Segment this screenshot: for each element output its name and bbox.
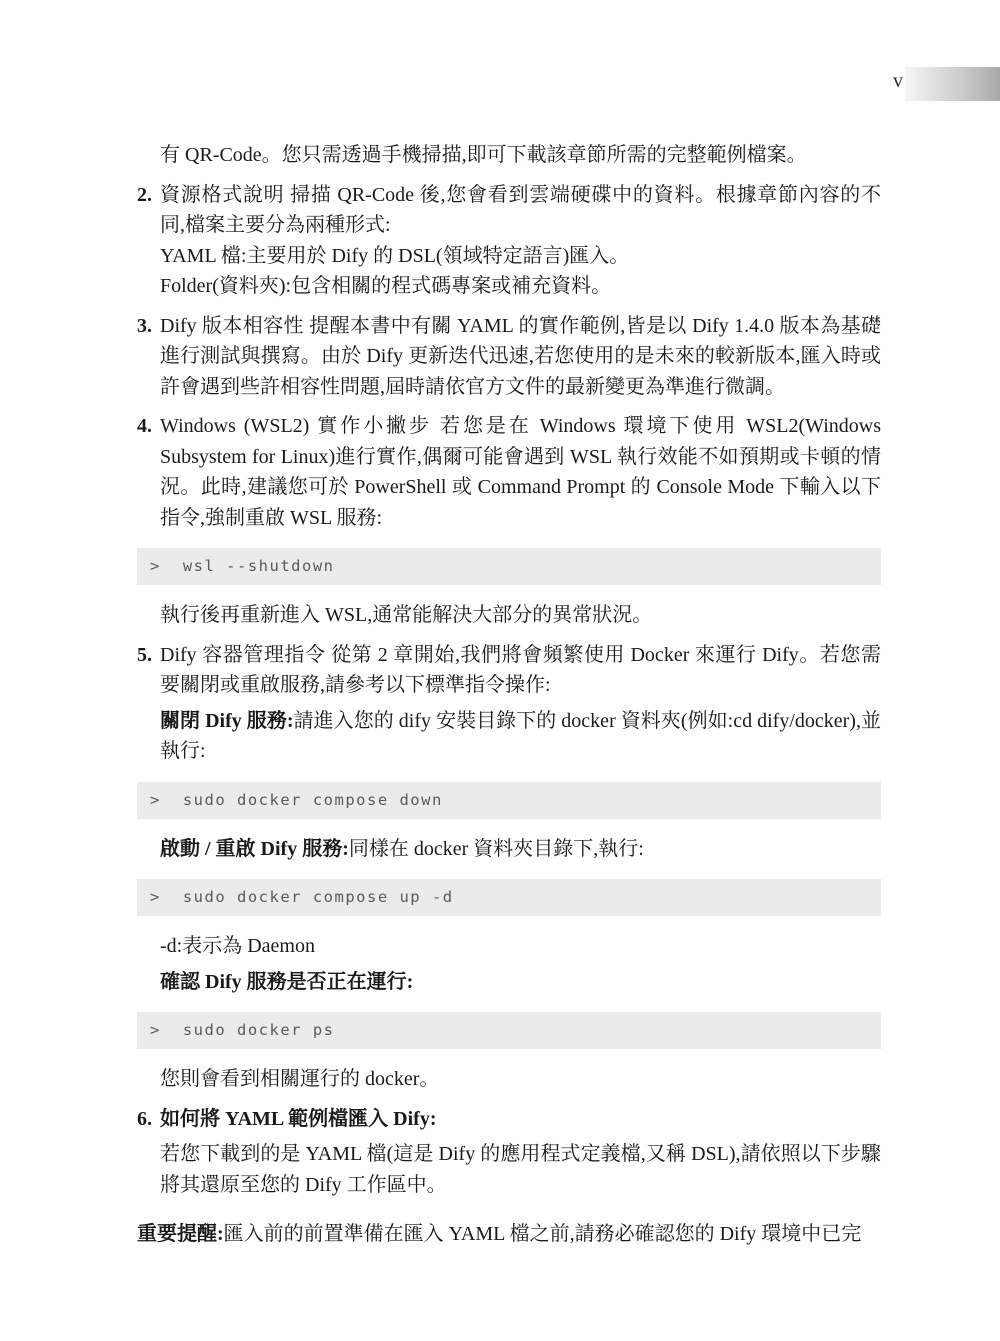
list-item-4: 4. Windows (WSL2) 實作小撇步 若您是在 Windows 環境下… (137, 411, 881, 533)
paragraph-check-running: 確認 Dify 服務是否正在運行: (160, 967, 881, 998)
start-dify-label: 啟動 / 重啟 Dify 服務: (160, 838, 349, 860)
code-block-compose-up: >sudo docker compose up -d (137, 879, 881, 916)
page-header-bar (905, 67, 1000, 101)
start-dify-text: 同樣在 docker 資料夾目錄下,執行: (349, 838, 644, 860)
notice-text: 匯入前的前置準備在匯入 YAML 檔之前,請務必確認您的 Dify 環境中已完 (224, 1223, 862, 1245)
intro-paragraph: 有 QR-Code。您只需透過手機掃描,即可下載該章節所需的完整範例檔案。 (160, 140, 881, 171)
prompt-symbol: > (150, 557, 161, 575)
list-item-5: 5. Dify 容器管理指令 從第 2 章開始,我們將會頻繁使用 Docker … (137, 640, 881, 767)
item-2-lead: 資源格式說明 掃描 QR-Code 後,您會看到雲端硬碟中的資料。根據章節內容的… (160, 180, 881, 241)
paragraph-after-ps: 您則會看到相關運行的 docker。 (160, 1064, 881, 1095)
page-content: 有 QR-Code。您只需透過手機掃描,即可下載該章節所需的完整範例檔案。 2.… (137, 140, 881, 1250)
prompt-symbol: > (150, 791, 161, 809)
paragraph-after-wsl: 執行後再重新進入 WSL,通常能解決大部分的異常狀況。 (160, 600, 881, 631)
item-2-number: 2. (137, 180, 152, 211)
command-text: sudo docker compose up -d (183, 888, 454, 906)
stop-dify-label: 關閉 Dify 服務: (160, 710, 294, 732)
check-running-label: 確認 Dify 服務是否正在運行: (160, 971, 413, 993)
page-number: v (893, 70, 903, 93)
item-5-number: 5. (137, 640, 152, 671)
item-3-text: Dify 版本相容性 提醒本書中有關 YAML 的實作範例,皆是以 Dify 1… (160, 311, 881, 403)
notice-paragraph: 重要提醒:匯入前的前置準備在匯入 YAML 檔之前,請務必確認您的 Dify 環… (137, 1219, 881, 1250)
item-6-number: 6. (137, 1104, 152, 1135)
sub-paragraph-start-dify: 啟動 / 重啟 Dify 服務:同樣在 docker 資料夾目錄下,執行: (160, 834, 881, 865)
code-block-compose-down: >sudo docker compose down (137, 782, 881, 819)
notice-label: 重要提醒: (137, 1223, 224, 1245)
item-4-text: Windows (WSL2) 實作小撇步 若您是在 Windows 環境下使用 … (160, 411, 881, 533)
item-6-text: 若您下載到的是 YAML 檔(這是 Dify 的應用程式定義檔,又稱 DSL),… (160, 1139, 881, 1200)
item-2-yaml-line: YAML 檔:主要用於 Dify 的 DSL(領域特定語言)匯入。 (160, 241, 881, 272)
command-text: sudo docker compose down (183, 791, 443, 809)
code-block-wsl-shutdown: >wsl --shutdown (137, 548, 881, 585)
item-5-lead: Dify 容器管理指令 從第 2 章開始,我們將會頻繁使用 Docker 來運行… (160, 640, 881, 701)
list-item-2: 2. 資源格式說明 掃描 QR-Code 後,您會看到雲端硬碟中的資料。根據章節… (137, 180, 881, 302)
prompt-symbol: > (150, 1021, 161, 1039)
paragraph-daemon-note: -d:表示為 Daemon (160, 931, 881, 962)
list-item-6: 6. 如何將 YAML 範例檔匯入 Dify: 若您下載到的是 YAML 檔(這… (137, 1104, 881, 1201)
prompt-symbol: > (150, 888, 161, 906)
item-3-number: 3. (137, 311, 152, 342)
code-block-docker-ps: >sudo docker ps (137, 1012, 881, 1049)
item-2-folder-line: Folder(資料夾):包含相關的程式碼專案或補充資料。 (160, 271, 881, 302)
command-text: wsl --shutdown (183, 557, 335, 575)
item-6-title-text: 如何將 YAML 範例檔匯入 Dify: (160, 1108, 436, 1130)
command-text: sudo docker ps (183, 1021, 335, 1039)
item-4-number: 4. (137, 411, 152, 442)
item-6-title: 如何將 YAML 範例檔匯入 Dify: (160, 1104, 881, 1135)
list-item-3: 3. Dify 版本相容性 提醒本書中有關 YAML 的實作範例,皆是以 Dif… (137, 311, 881, 403)
sub-paragraph-stop-dify: 關閉 Dify 服務:請進入您的 dify 安裝目錄下的 docker 資料夾(… (160, 706, 881, 767)
